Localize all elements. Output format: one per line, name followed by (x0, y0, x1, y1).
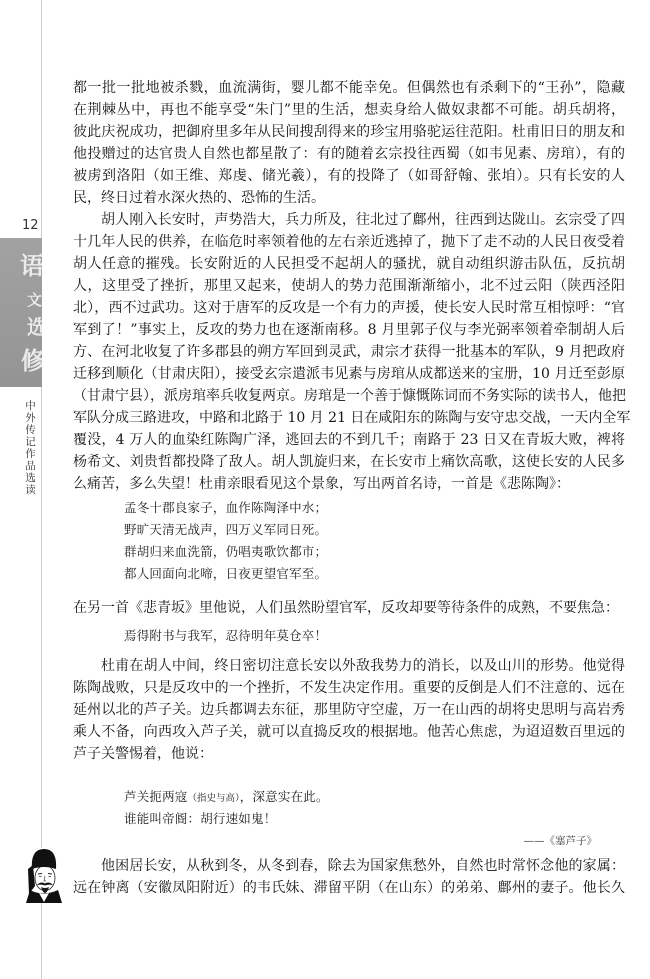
text-line: 十几年人民的供养，在临危时率领着他的左右亲近逃掉了，抛下了走不动的人民日夜受着 (73, 231, 625, 253)
text-line: 覆没，4 万人的血染红陈陶广泽，逃回去的不到几千；南路于 23 日又在青坂大败，… (73, 429, 625, 451)
banner-char: 选 (27, 317, 42, 337)
text-line: 乘人不备，向西攻入芦子关，就可以直捣反攻的根据地。他苦心焦虑，为迢迢数百里远的 (73, 721, 625, 743)
text-line: 都一批一批地被杀戮，血流满街，婴儿都不能幸免。但偶然也有杀剩下的“王孙”，隐藏 (73, 77, 625, 99)
poem-line: 孟冬十郡良家子，血作陈陶泽中水； (124, 497, 327, 519)
series-title: 中外传记作品选读 (24, 400, 36, 496)
text-line: 北），西不过武功。这对于唐军的反攻是一个有力的声援，使长安人民时常互相惊呼：“官 (73, 297, 625, 319)
banner-char: 语 (20, 254, 42, 278)
text-line: （甘肃宁县），派房琯率兵收复两京。房琯是一个善于慷慨陈词而不务实际的读书人，他把 (73, 385, 625, 407)
poem-line: 群胡归来血洗箭，仍唱夷歌饮都市； (124, 541, 327, 563)
poem-source: ——《塞芦子》 (524, 830, 598, 852)
poem-line: 芦关扼两寇（指史与高），深意实在此。 (124, 786, 329, 808)
poem-line: 焉得附书与我军，忍待明年莫仓卒！ (124, 625, 327, 647)
paragraph: 杜甫在胡人中间，终日密切注意长安以外敌我势力的消长，以及山川的形势。他觉得 陈陶… (73, 655, 625, 765)
text-line: 军到了！”事实上，反攻的势力也在逐渐南移。8 月里郭子仪与李光弼率领着牵制胡人后 (73, 319, 625, 341)
poem-block: 焉得附书与我军，忍待明年莫仓卒！ (124, 625, 327, 647)
poem-line: 都人回面向北啼，日夜更望官军至。 (124, 563, 327, 585)
poem-text: ，深意实在此。 (240, 789, 329, 804)
paragraph: 都一批一批地被杀戮，血流满街，婴儿都不能幸免。但偶然也有杀剩下的“王孙”，隐藏 … (73, 77, 625, 209)
text-line: 他困居长安，从秋到冬，从冬到春，除去为国家焦愁外，自然也时常怀念他的家属： (73, 855, 625, 877)
paragraph: 在另一首《悲青坂》里他说，人们虽然盼望官军，反攻却要等待条件的成熟，不要焦急： (73, 597, 625, 619)
poem-line: 野旷天清无战声，四万义军同日死。 (124, 519, 327, 541)
text-line: 远在钟离（安徽凤阳附近）的韦氏妹、滞留平阴（在山东）的弟弟、鄜州的妻子。他长久 (73, 877, 625, 899)
text-line: 杨希文、刘贵哲都投降了敌人。胡人凯旋归来，在长安市上痛饮高歌，这使长安的人民多 (73, 451, 625, 473)
text-line: 胡人刚入长安时，声势浩大，兵力所及，往北过了鄜州，往西到达陇山。玄宗受了四 (73, 209, 625, 231)
text-line: 胡人任意的摧残。长安附近的人民担受不起胡人的骚扰，就自动组织游击队伍，反抗胡 (73, 253, 625, 275)
text-line: 杜甫在胡人中间，终日密切注意长安以外敌我势力的消长，以及山川的形势。他觉得 (73, 655, 625, 677)
text-line: 他投赠过的达官贵人自然也都星散了：有的随着玄宗投往西蜀（如韦见素、房琯），有的 (73, 143, 625, 165)
poem-block: 芦关扼两寇（指史与高），深意实在此。 谁能叫帝阍：胡行速如鬼！ (124, 786, 329, 830)
text-line: 芦子关警惕着，他说： (73, 743, 625, 765)
banner-char: 文 (27, 293, 42, 308)
text-line: 彼此庆祝成功，把御府里多年从民间搜刮得来的珍宝用骆驼运往范阳。杜甫旧日的朋友和 (73, 121, 625, 143)
banner-char: 修 (21, 349, 42, 373)
paragraph: 胡人刚入长安时，声势浩大，兵力所及，往北过了鄜州，往西到达陇山。玄宗受了四 十几… (73, 209, 625, 495)
text-line: 迁移到顺化（甘肃庆阳），接受玄宗遣派韦见素与房琯从成都送来的宝册，10 月迁至彭… (73, 363, 625, 385)
text-line: 方、在河北收复了许多郡县的朔方军回到灵武，肃宗才获得一批基本的军队，9 月把政府 (73, 341, 625, 363)
page-number: 12 (22, 218, 38, 234)
text-line: 被虏到洛阳（如王维、郑虔、储光羲），有的投降了（如哥舒翰、张垍）。只有长安的人 (73, 165, 625, 187)
text-line: 么痛苦，多么失望！杜甫亲眼看见这个景象，写出两首名诗，一首是《悲陈陶》： (73, 473, 625, 495)
text-line: 人，这里受了挫折，那里又起来，使胡人的势力范围渐渐缩小，北不过云阳（陕西泾阳 (73, 275, 625, 297)
poet-portrait-icon (25, 848, 62, 903)
text-line: 军队分成三路进攻，中路和北路于 10 月 21 日在咸阳东的陈陶与安守忠交战，一… (73, 407, 625, 429)
poem-text: 芦关扼两寇 (124, 789, 188, 804)
text-line: 在荆棘丛中，再也不能享受“朱门”里的生活，想卖身给人做奴隶都不可能。胡兵胡将， (73, 99, 625, 121)
text-line: 延州以北的芦子关。边兵都调去东征，那里防守空虚，万一在山西的胡将史思明与高岩秀 (73, 699, 625, 721)
margin-rule (41, 0, 42, 979)
poem-block: 孟冬十郡良家子，血作陈陶泽中水； 野旷天清无战声，四万义军同日死。 群胡归来血洗… (124, 497, 327, 585)
series-banner: 语 文 选 修 (0, 238, 42, 387)
poem-annotation: （指史与高） (188, 793, 240, 804)
text-line: 民，终日过着水深火热的、恐怖的生活。 (73, 187, 625, 209)
text-line: 陈陶战败，只是反攻中的一个挫折，不发生决定作用。重要的反倒是人们不注意的、远在 (73, 677, 625, 699)
poem-line: 谁能叫帝阍：胡行速如鬼！ (124, 808, 329, 830)
text-line: 在另一首《悲青坂》里他说，人们虽然盼望官军，反攻却要等待条件的成熟，不要焦急： (73, 597, 625, 619)
paragraph: 他困居长安，从秋到冬，从冬到春，除去为国家焦愁外，自然也时常怀念他的家属： 远在… (73, 855, 625, 899)
